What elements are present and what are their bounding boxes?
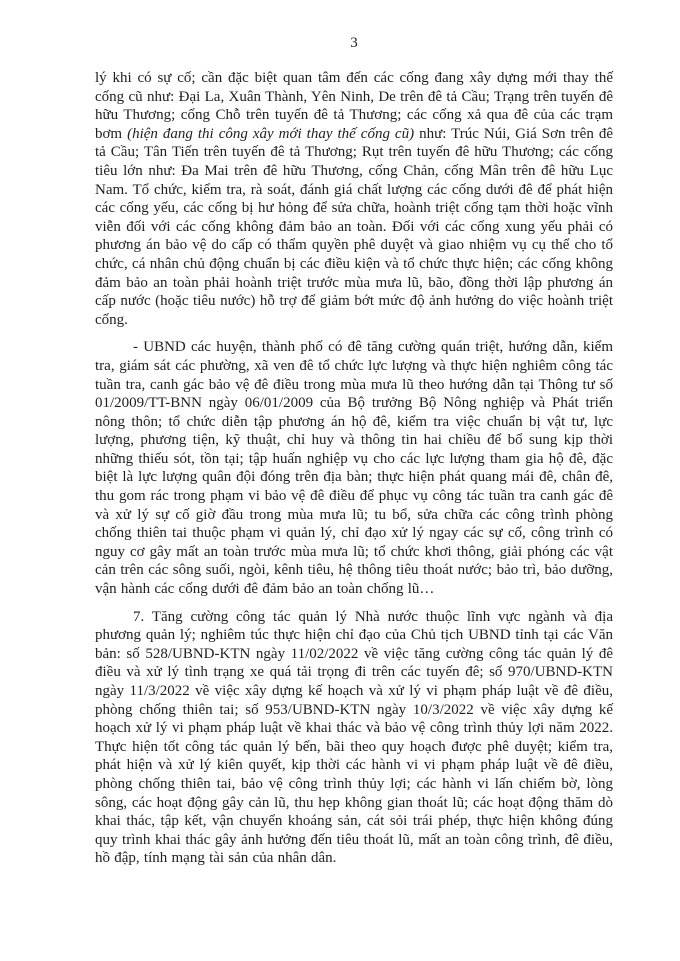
document-page: 3 lý khi có sự cố; cần đặc biệt quan tâm… [0, 0, 680, 961]
paragraph-ubnd-districts: - UBND các huyện, thành phố có đê tăng c… [95, 338, 613, 598]
paragraph-1-italic-note: (hiện đang thi công xây mới thay thế cốn… [127, 126, 414, 142]
paragraph-item-7-state-management: 7. Tăng cường công tác quản lý Nhà nước … [95, 608, 613, 868]
paragraph-1-text-after: như: Trúc Núi, Giá Sơn trên đê tả Cầu; T… [95, 126, 613, 328]
paragraph-sluice-continuation: lý khi có sự cố; cần đặc biệt quan tâm đ… [95, 69, 613, 329]
page-number: 3 [95, 34, 613, 52]
